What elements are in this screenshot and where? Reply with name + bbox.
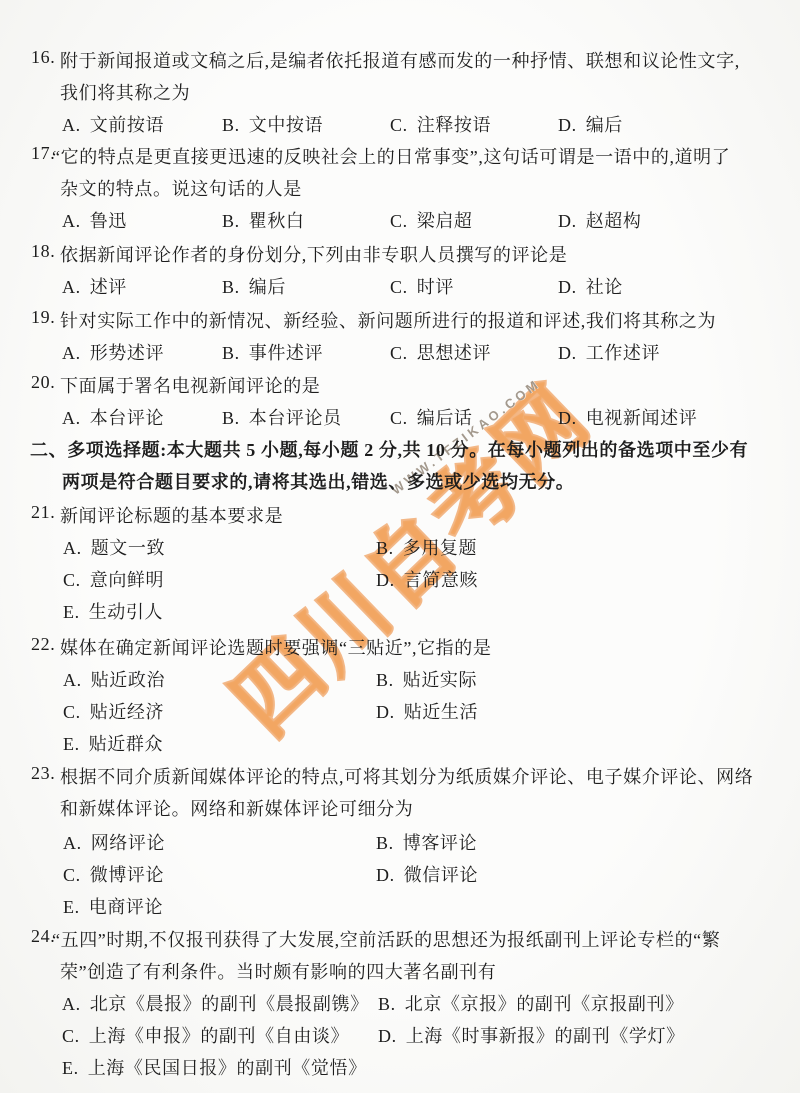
q16-option-c: C.注释按语 bbox=[390, 111, 491, 137]
q23-options-row2: C.微博评论 D.微信评论 bbox=[0, 861, 800, 889]
section2-header-line1: 二、多项选择题:本大题共 5 小题,每小题 2 分,共 10 分。在每小题列出的… bbox=[0, 436, 800, 464]
q23-option-e: E.电商评论 bbox=[63, 893, 163, 919]
q22-number: 22. bbox=[31, 634, 55, 655]
q24-options-row3: E.上海《民国日报》的副刊《觉悟》 bbox=[0, 1054, 800, 1082]
q23-statement: 根据不同介质新闻媒体评论的特点,可将其划分为纸质媒介评论、电子媒介评论、网络 bbox=[60, 763, 753, 789]
scanned-exam-page: { "colors": { "paper": "#fafaf8", "ink":… bbox=[0, 0, 800, 1093]
q18-options: A.述评 B.编后 C.时评 D.社论 bbox=[0, 273, 800, 301]
q19-option-a: A.形势述评 bbox=[62, 339, 164, 365]
q23-option-c: C.微博评论 bbox=[63, 861, 164, 887]
q18-statement: 依据新闻评论作者的身份划分,下列由非专职人员撰写的评论是 bbox=[60, 241, 567, 267]
q17-option-c: C.梁启超 bbox=[390, 207, 473, 233]
q17-line2: 杂文的特点。说这句话的人是 bbox=[0, 175, 800, 203]
q18-option-d: D.社论 bbox=[558, 273, 623, 299]
q19-option-b: B.事件述评 bbox=[222, 339, 323, 365]
q19-option-d: D.工作述评 bbox=[558, 339, 660, 365]
q20-options: A.本台评论 B.本台评论员 C.编后话 D.电视新闻述评 bbox=[0, 404, 800, 432]
q21-option-a: A.题文一致 bbox=[63, 534, 165, 560]
q20-option-d: D.电视新闻述评 bbox=[558, 404, 697, 430]
q21-option-e: E.生动引人 bbox=[63, 598, 163, 624]
q18-option-c: C.时评 bbox=[390, 273, 454, 299]
q16-statement: 附于新闻报道或文稿之后,是编者依托报道有感而发的一种抒情、联想和议论性文字, bbox=[60, 47, 740, 73]
q20-option-a: A.本台评论 bbox=[62, 404, 164, 430]
q21-option-d: D.言简意赅 bbox=[376, 566, 478, 592]
q24-option-a: A.北京《晨报》的副刊《晨报副镌》 bbox=[62, 990, 369, 1016]
q22-options-row3: E.贴近群众 bbox=[0, 730, 800, 758]
q23-options-row1: A.网络评论 B.博客评论 bbox=[0, 829, 800, 857]
q24-option-b: B.北京《京报》的副刊《京报副刊》 bbox=[378, 990, 684, 1016]
q22-option-a: A.贴近政治 bbox=[63, 666, 165, 692]
q23-options-row3: E.电商评论 bbox=[0, 893, 800, 921]
q19-option-c: C.思想述评 bbox=[390, 339, 491, 365]
q23-option-d: D.微信评论 bbox=[376, 861, 478, 887]
q21-option-b: B.多用复题 bbox=[376, 534, 477, 560]
q21-options-row1: A.题文一致 B.多用复题 bbox=[0, 534, 800, 562]
q17-line1: 17. “它的特点是更直接更迅速的反映社会上的日常事变”,这句话可谓是一语中的,… bbox=[0, 143, 800, 171]
q17-option-d: D.赵超构 bbox=[558, 207, 642, 233]
q24-statement-cont: 荣”创造了有利条件。当时颇有影响的四大著名副刊有 bbox=[60, 958, 496, 984]
q16-options: A.文前按语 B.文中按语 C.注释按语 D.编后 bbox=[0, 111, 800, 139]
q23-line1: 23. 根据不同介质新闻媒体评论的特点,可将其划分为纸质媒介评论、电子媒介评论、… bbox=[0, 763, 800, 791]
q24-options-row2: C.上海《申报》的副刊《自由谈》 D.上海《时事新报》的副刊《学灯》 bbox=[0, 1022, 800, 1050]
q19-options: A.形势述评 B.事件述评 C.思想述评 D.工作述评 bbox=[0, 339, 800, 367]
section2-header-text2: 两项是符合题目要求的,请将其选出,错选、多选或少选均无分。 bbox=[62, 468, 574, 494]
q22-line1: 22. 媒体在确定新闻评论选题时要强调“三贴近”,它指的是 bbox=[0, 634, 800, 662]
q19-statement: 针对实际工作中的新情况、新经验、新问题所进行的报道和评述,我们将其称之为 bbox=[60, 307, 716, 333]
q24-statement: “五四”时期,不仅报刊获得了大发展,空前活跃的思想还为报纸副刊上评论专栏的“繁 bbox=[52, 926, 720, 952]
q23-statement-cont: 和新媒体评论。网络和新媒体评论可细分为 bbox=[60, 795, 413, 821]
q22-options-row1: A.贴近政治 B.贴近实际 bbox=[0, 666, 800, 694]
q20-option-b: B.本台评论员 bbox=[222, 404, 342, 430]
q16-option-a: A.文前按语 bbox=[62, 111, 164, 137]
q18-option-b: B.编后 bbox=[222, 273, 286, 299]
q24-option-c: C.上海《申报》的副刊《自由谈》 bbox=[62, 1022, 349, 1048]
q22-option-d: D.贴近生活 bbox=[376, 698, 478, 724]
q21-options-row3: E.生动引人 bbox=[0, 598, 800, 626]
q18-number: 18. bbox=[31, 241, 55, 262]
q21-statement: 新闻评论标题的基本要求是 bbox=[60, 502, 283, 528]
q17-statement: “它的特点是更直接更迅速的反映社会上的日常事变”,这句话可谓是一语中的,道明了 bbox=[52, 143, 730, 169]
q22-statement: 媒体在确定新闻评论选题时要强调“三贴近”,它指的是 bbox=[60, 634, 491, 660]
q22-option-e: E.贴近群众 bbox=[63, 730, 163, 756]
q22-option-b: B.贴近实际 bbox=[376, 666, 477, 692]
q17-statement-cont: 杂文的特点。说这句话的人是 bbox=[60, 175, 302, 201]
q16-line1: 16. 附于新闻报道或文稿之后,是编者依托报道有感而发的一种抒情、联想和议论性文… bbox=[0, 47, 800, 75]
section2-header-text1: 二、多项选择题:本大题共 5 小题,每小题 2 分,共 10 分。在每小题列出的… bbox=[30, 436, 748, 462]
q24-options-row1: A.北京《晨报》的副刊《晨报副镌》 B.北京《京报》的副刊《京报副刊》 bbox=[0, 990, 800, 1018]
q17-option-a: A.鲁迅 bbox=[62, 207, 127, 233]
q20-option-c: C.编后话 bbox=[390, 404, 473, 430]
q20-line1: 20. 下面属于署名电视新闻评论的是 bbox=[0, 372, 800, 400]
q24-line2: 荣”创造了有利条件。当时颇有影响的四大著名副刊有 bbox=[0, 958, 800, 986]
q18-line1: 18. 依据新闻评论作者的身份划分,下列由非专职人员撰写的评论是 bbox=[0, 241, 800, 269]
q16-option-b: B.文中按语 bbox=[222, 111, 323, 137]
q24-line1: 24. “五四”时期,不仅报刊获得了大发展,空前活跃的思想还为报纸副刊上评论专栏… bbox=[0, 926, 800, 954]
q20-number: 20. bbox=[31, 372, 55, 393]
q20-statement: 下面属于署名电视新闻评论的是 bbox=[60, 372, 320, 398]
q23-line2: 和新媒体评论。网络和新媒体评论可细分为 bbox=[0, 795, 800, 823]
q16-option-d: D.编后 bbox=[558, 111, 623, 137]
q21-line1: 21. 新闻评论标题的基本要求是 bbox=[0, 502, 800, 530]
q24-option-d: D.上海《时事新报》的副刊《学灯》 bbox=[378, 1022, 685, 1048]
q18-option-a: A.述评 bbox=[62, 273, 127, 299]
exam-content: 16. 附于新闻报道或文稿之后,是编者依托报道有感而发的一种抒情、联想和议论性文… bbox=[0, 0, 800, 1093]
q23-option-a: A.网络评论 bbox=[63, 829, 165, 855]
q24-option-e: E.上海《民国日报》的副刊《觉悟》 bbox=[62, 1054, 367, 1080]
q22-option-c: C.贴近经济 bbox=[63, 698, 164, 724]
q23-option-b: B.博客评论 bbox=[376, 829, 477, 855]
q17-options: A.鲁迅 B.瞿秋白 C.梁启超 D.赵超构 bbox=[0, 207, 800, 235]
q21-number: 21. bbox=[31, 502, 55, 523]
q17-option-b: B.瞿秋白 bbox=[222, 207, 305, 233]
section2-header-line2: 两项是符合题目要求的,请将其选出,错选、多选或少选均无分。 bbox=[0, 468, 800, 496]
q21-options-row2: C.意向鲜明 D.言简意赅 bbox=[0, 566, 800, 594]
q16-line2: 我们将其称之为 bbox=[0, 79, 800, 107]
q21-option-c: C.意向鲜明 bbox=[63, 566, 164, 592]
q22-options-row2: C.贴近经济 D.贴近生活 bbox=[0, 698, 800, 726]
q23-number: 23. bbox=[31, 763, 55, 784]
q16-statement-cont: 我们将其称之为 bbox=[60, 79, 190, 105]
q16-number: 16. bbox=[31, 47, 55, 68]
q19-line1: 19. 针对实际工作中的新情况、新经验、新问题所进行的报道和评述,我们将其称之为 bbox=[0, 307, 800, 335]
q19-number: 19. bbox=[31, 307, 55, 328]
